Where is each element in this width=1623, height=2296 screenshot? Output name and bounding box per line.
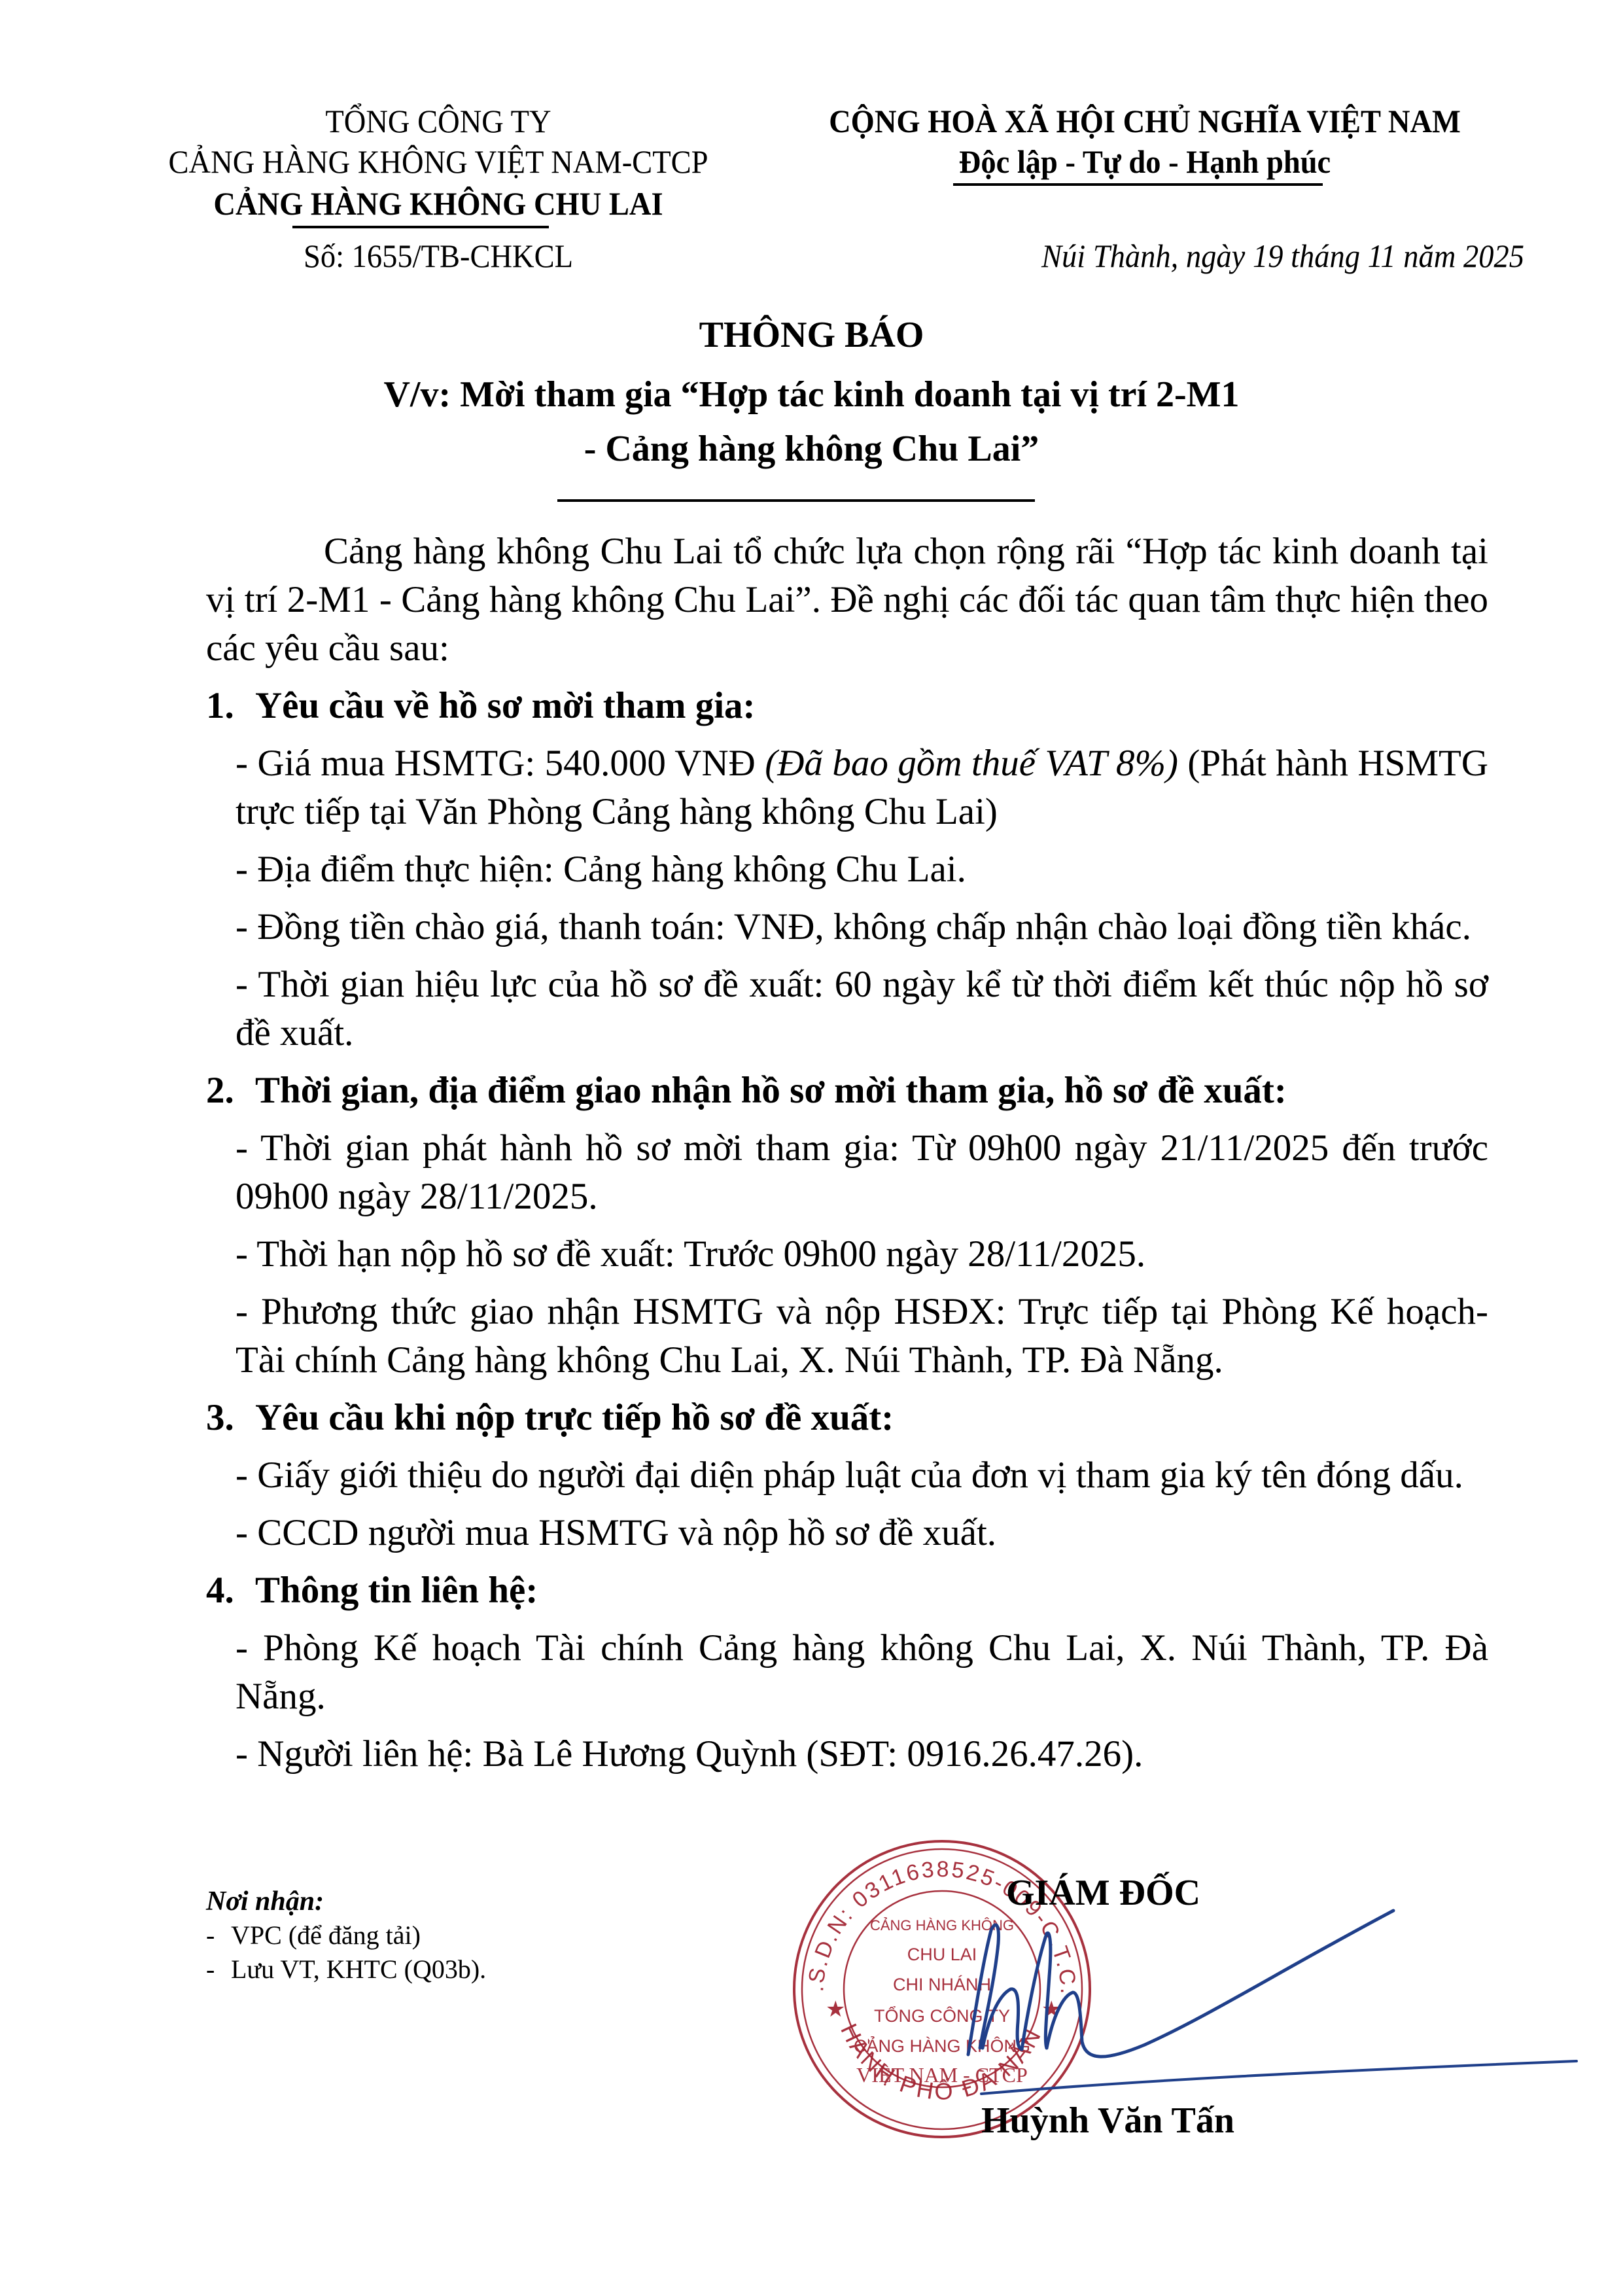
requirement-item: - Địa điểm thực hiện: Cảng hàng không Ch…: [206, 845, 1488, 894]
document-body: Cảng hàng không Chu Lai tổ chức lựa chọn…: [206, 527, 1488, 1788]
title-rule: [557, 499, 1035, 502]
requirement-item: - Phòng Kế hoạch Tài chính Cảng hàng khô…: [206, 1624, 1488, 1721]
requirement-item: - Phương thức giao nhận HSMTG và nộp HSĐ…: [206, 1288, 1488, 1385]
issuing-unit: CẢNG HÀNG KHÔNG CHU LAI: [134, 187, 742, 220]
signatory-title: GIÁM ĐỐC: [1006, 1875, 1200, 1911]
subject-line-2: - Cảng hàng không Chu Lai”: [0, 431, 1623, 467]
requirement-item: - Thời gian hiệu lực của hồ sơ đề xuất: …: [206, 961, 1488, 1057]
document-number: Số: 1655/TB-CHKCL: [134, 239, 742, 272]
recipients-label: Nơi nhận:: [206, 1884, 486, 1918]
requirement-item: - Thời gian phát hành hồ sơ mời tham gia…: [206, 1124, 1488, 1221]
national-title: CỘNG HOÀ XÃ HỘI CHỦ NGHĨA VIỆT NAM: [792, 105, 1498, 137]
requirement-item: - Thời hạn nộp hồ sơ đề xuất: Trước 09h0…: [206, 1230, 1488, 1279]
requirement-item: - Người liên hệ: Bà Lê Hương Quỳnh (SĐT:…: [206, 1730, 1488, 1778]
requirement-item: - CCCD người mua HSMTG và nộp hồ sơ đề x…: [206, 1509, 1488, 1557]
requirement-item: - Giấy giới thiệu do người đại diện pháp…: [206, 1451, 1488, 1500]
issuer-underline: [292, 226, 549, 228]
requirement-item: - Đồng tiền chào giá, thanh toán: VNĐ, k…: [206, 903, 1488, 951]
parent-company-full: CẢNG HÀNG KHÔNG VIỆT NAM-CTCP: [134, 145, 742, 178]
section-heading: 2.Thời gian, địa điểm giao nhận hồ sơ mờ…: [206, 1067, 1488, 1115]
national-motto: Độc lập - Tự do - Hạnh phúc: [792, 145, 1498, 178]
section-heading: 4.Thông tin liên hệ:: [206, 1566, 1488, 1615]
recipient-item: -Lưu VT, KHTC (Q03b).: [206, 1952, 486, 1987]
intro-paragraph: Cảng hàng không Chu Lai tổ chức lựa chọn…: [206, 527, 1488, 673]
requirement-item: - Giá mua HSMTG: 540.000 VNĐ (Đã bao gồm…: [206, 739, 1488, 836]
document-type: THÔNG BÁO: [0, 317, 1623, 353]
signature-icon: [739, 1884, 1590, 2133]
motto-underline: [953, 183, 1323, 186]
subject-line-1: V/v: Mời tham gia “Hợp tác kinh doanh tạ…: [0, 376, 1623, 413]
place-date: Núi Thành, ngày 19 tháng 11 năm 2025: [879, 239, 1524, 272]
recipients: Nơi nhận: -VPC (để đăng tải) -Lưu VT, KH…: [206, 1884, 486, 1987]
section-heading: 1.Yêu cầu về hồ sơ mời tham gia:: [206, 682, 1488, 730]
parent-company: TỔNG CÔNG TY: [134, 105, 742, 137]
signatory-name: Huỳnh Văn Tấn: [981, 2102, 1234, 2139]
sections: 1.Yêu cầu về hồ sơ mời tham gia:- Giá mu…: [206, 682, 1488, 1788]
recipient-item: -VPC (để đăng tải): [206, 1918, 486, 1952]
section-heading: 3.Yêu cầu khi nộp trực tiếp hồ sơ đề xuấ…: [206, 1394, 1488, 1442]
